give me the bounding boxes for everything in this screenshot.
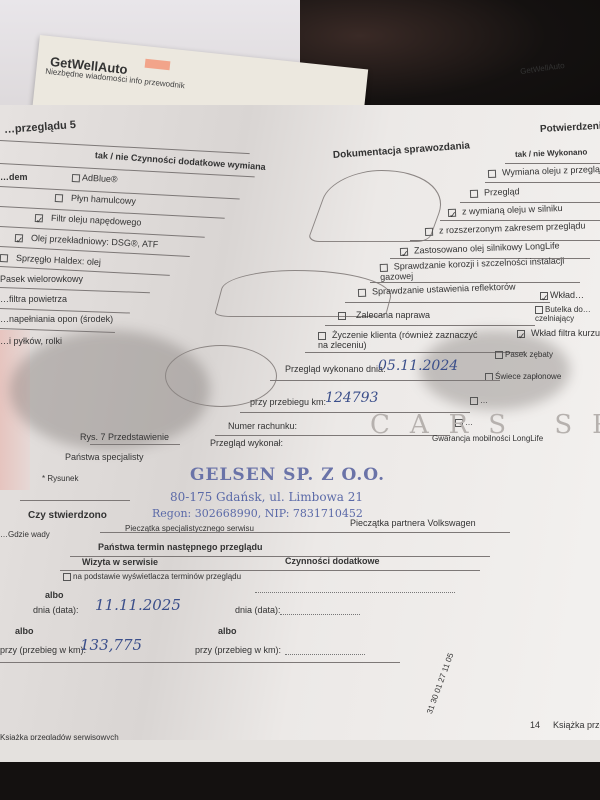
side-row-label: Wkład… <box>550 290 584 300</box>
checkbox[interactable] <box>488 169 496 177</box>
divider <box>345 302 550 303</box>
divider <box>100 532 510 533</box>
checkbox-checked[interactable]: ✓ <box>35 214 43 222</box>
inspection-date-label: Przegląd wykonano dnia: <box>285 364 386 374</box>
divider <box>90 444 180 445</box>
page-number: 14 <box>530 720 540 730</box>
checkbox-checked[interactable]: ✓ <box>540 292 548 300</box>
question-label: Czy stwierdzono <box>28 510 107 521</box>
divider <box>20 500 130 501</box>
date-value[interactable]: 11.11.2025 <box>95 596 181 614</box>
extra-label: Czynności dodatkowe <box>285 556 380 566</box>
divider <box>0 662 400 663</box>
checkbox[interactable] <box>495 351 503 359</box>
right-row-label: Życzenie klienta (również zaznaczyć na z… <box>318 330 478 350</box>
or-label: albo <box>45 590 64 600</box>
date-field-2[interactable] <box>280 614 360 616</box>
right-row: Zalecana naprawa <box>338 310 430 320</box>
checkbox-checked[interactable]: ✓ <box>400 247 408 255</box>
left-row-label: …dem <box>0 172 28 182</box>
visit-label: Wizyta w serwisie <box>82 557 158 567</box>
checkbox[interactable] <box>338 312 346 320</box>
dark-background-bottom <box>0 762 600 800</box>
side-row-label: Świece zapłonowe <box>495 372 561 381</box>
divider <box>325 325 535 326</box>
mileage-label-next: przy (przebieg w km): <box>0 645 86 655</box>
divider <box>410 240 600 241</box>
display-option: na podstawie wyświetlacza terminów przeg… <box>63 572 241 581</box>
checkbox[interactable] <box>358 288 366 296</box>
side-row-label: Pasek zębaty <box>505 350 553 359</box>
or-label-1: albo <box>15 626 34 636</box>
mileage-field-2[interactable] <box>285 654 365 656</box>
footnote: * Rysunek <box>42 474 78 483</box>
page-edge <box>0 740 600 764</box>
date-label-2: dnia (data): <box>235 605 281 615</box>
divider <box>460 202 600 203</box>
inspection-date-value[interactable]: 05.11.2024 <box>378 358 458 374</box>
checkbox[interactable] <box>535 306 543 314</box>
left-row-label: …filtra powietrza <box>0 294 67 304</box>
specialist-label: Państwa specjalisty <box>65 452 144 462</box>
invoice-label: Numer rachunku: <box>228 421 297 431</box>
checkbox-checked[interactable]: ✓ <box>517 330 525 338</box>
divider <box>485 182 600 183</box>
checkbox[interactable] <box>63 573 71 581</box>
divider <box>270 380 500 381</box>
right-row-label: Zalecana naprawa <box>356 310 430 320</box>
divider <box>305 352 525 353</box>
checkbox[interactable] <box>380 263 388 271</box>
figure-caption: Rys. 7 Przedstawienie <box>80 432 169 442</box>
performed-by-label: Przegląd wykonał: <box>210 438 283 448</box>
side-row-label: … <box>480 396 488 405</box>
left-row-label: AdBlue® <box>82 173 118 185</box>
side-row-label: Butelka do… czelniający <box>535 305 591 323</box>
mileage-label-next-2: przy (przebieg w km): <box>195 645 281 655</box>
mileage-value-next[interactable]: 133,775 <box>80 636 142 654</box>
side-row-label: Wkład filtra kurzu <box>531 328 600 338</box>
checkbox[interactable] <box>72 174 80 182</box>
extra-field-line[interactable] <box>255 592 455 594</box>
question-suffix: …Gdzie wady <box>0 530 50 539</box>
side-row: Pasek zębaty <box>495 350 553 359</box>
mileage-label: przy przebiegu km: <box>250 397 326 407</box>
left-row-label: Pasek wielorowkowy <box>0 274 83 284</box>
checkbox[interactable] <box>425 227 433 235</box>
mileage-value[interactable]: 124793 <box>325 390 378 406</box>
stamp-company: GELSEN SP. Z O.O. <box>190 465 385 485</box>
side-row: Butelka do… czelniający <box>535 305 600 323</box>
right-row: Życzenie klienta (również zaznaczyć na z… <box>318 330 478 350</box>
checkbox[interactable] <box>0 254 8 262</box>
stamp-ids: Regon: 302668990, NIP: 7831710452 <box>152 507 363 520</box>
date-label: dnia (data): <box>33 605 79 615</box>
footer-right: Książka przeglądów… <box>553 720 600 730</box>
stamp-address: 80-175 Gdańsk, ul. Limbowa 21 <box>170 490 363 504</box>
side-row: ✓Wkład… <box>540 290 584 300</box>
display-option-label: na podstawie wyświetlacza terminów przeg… <box>73 572 241 581</box>
next-service-title: Państwa termin następnego przeglądu <box>98 542 263 552</box>
side-row: ✓Wkład filtra kurzu <box>517 328 600 338</box>
checkbox[interactable] <box>470 397 478 405</box>
watermark-text: CARS SPAT <box>370 410 600 440</box>
right-row-label: Przegląd <box>484 186 520 197</box>
checkbox[interactable] <box>470 189 478 197</box>
checkbox[interactable] <box>318 332 326 340</box>
divider <box>60 570 480 571</box>
checkbox-checked[interactable]: ✓ <box>15 234 23 242</box>
vw-stamp-label: Pieczątka partnera Volkswagen <box>350 518 476 528</box>
checkbox[interactable] <box>55 194 63 202</box>
checkbox-checked[interactable]: ✓ <box>448 208 456 216</box>
side-row: … <box>470 396 488 405</box>
left-row-label: …i pyłków, rolki <box>0 336 62 346</box>
left-row-label: …napełniania opon (środek) <box>0 314 113 324</box>
or-label-2: albo <box>218 626 237 636</box>
right-row: Przegląd <box>470 186 520 198</box>
